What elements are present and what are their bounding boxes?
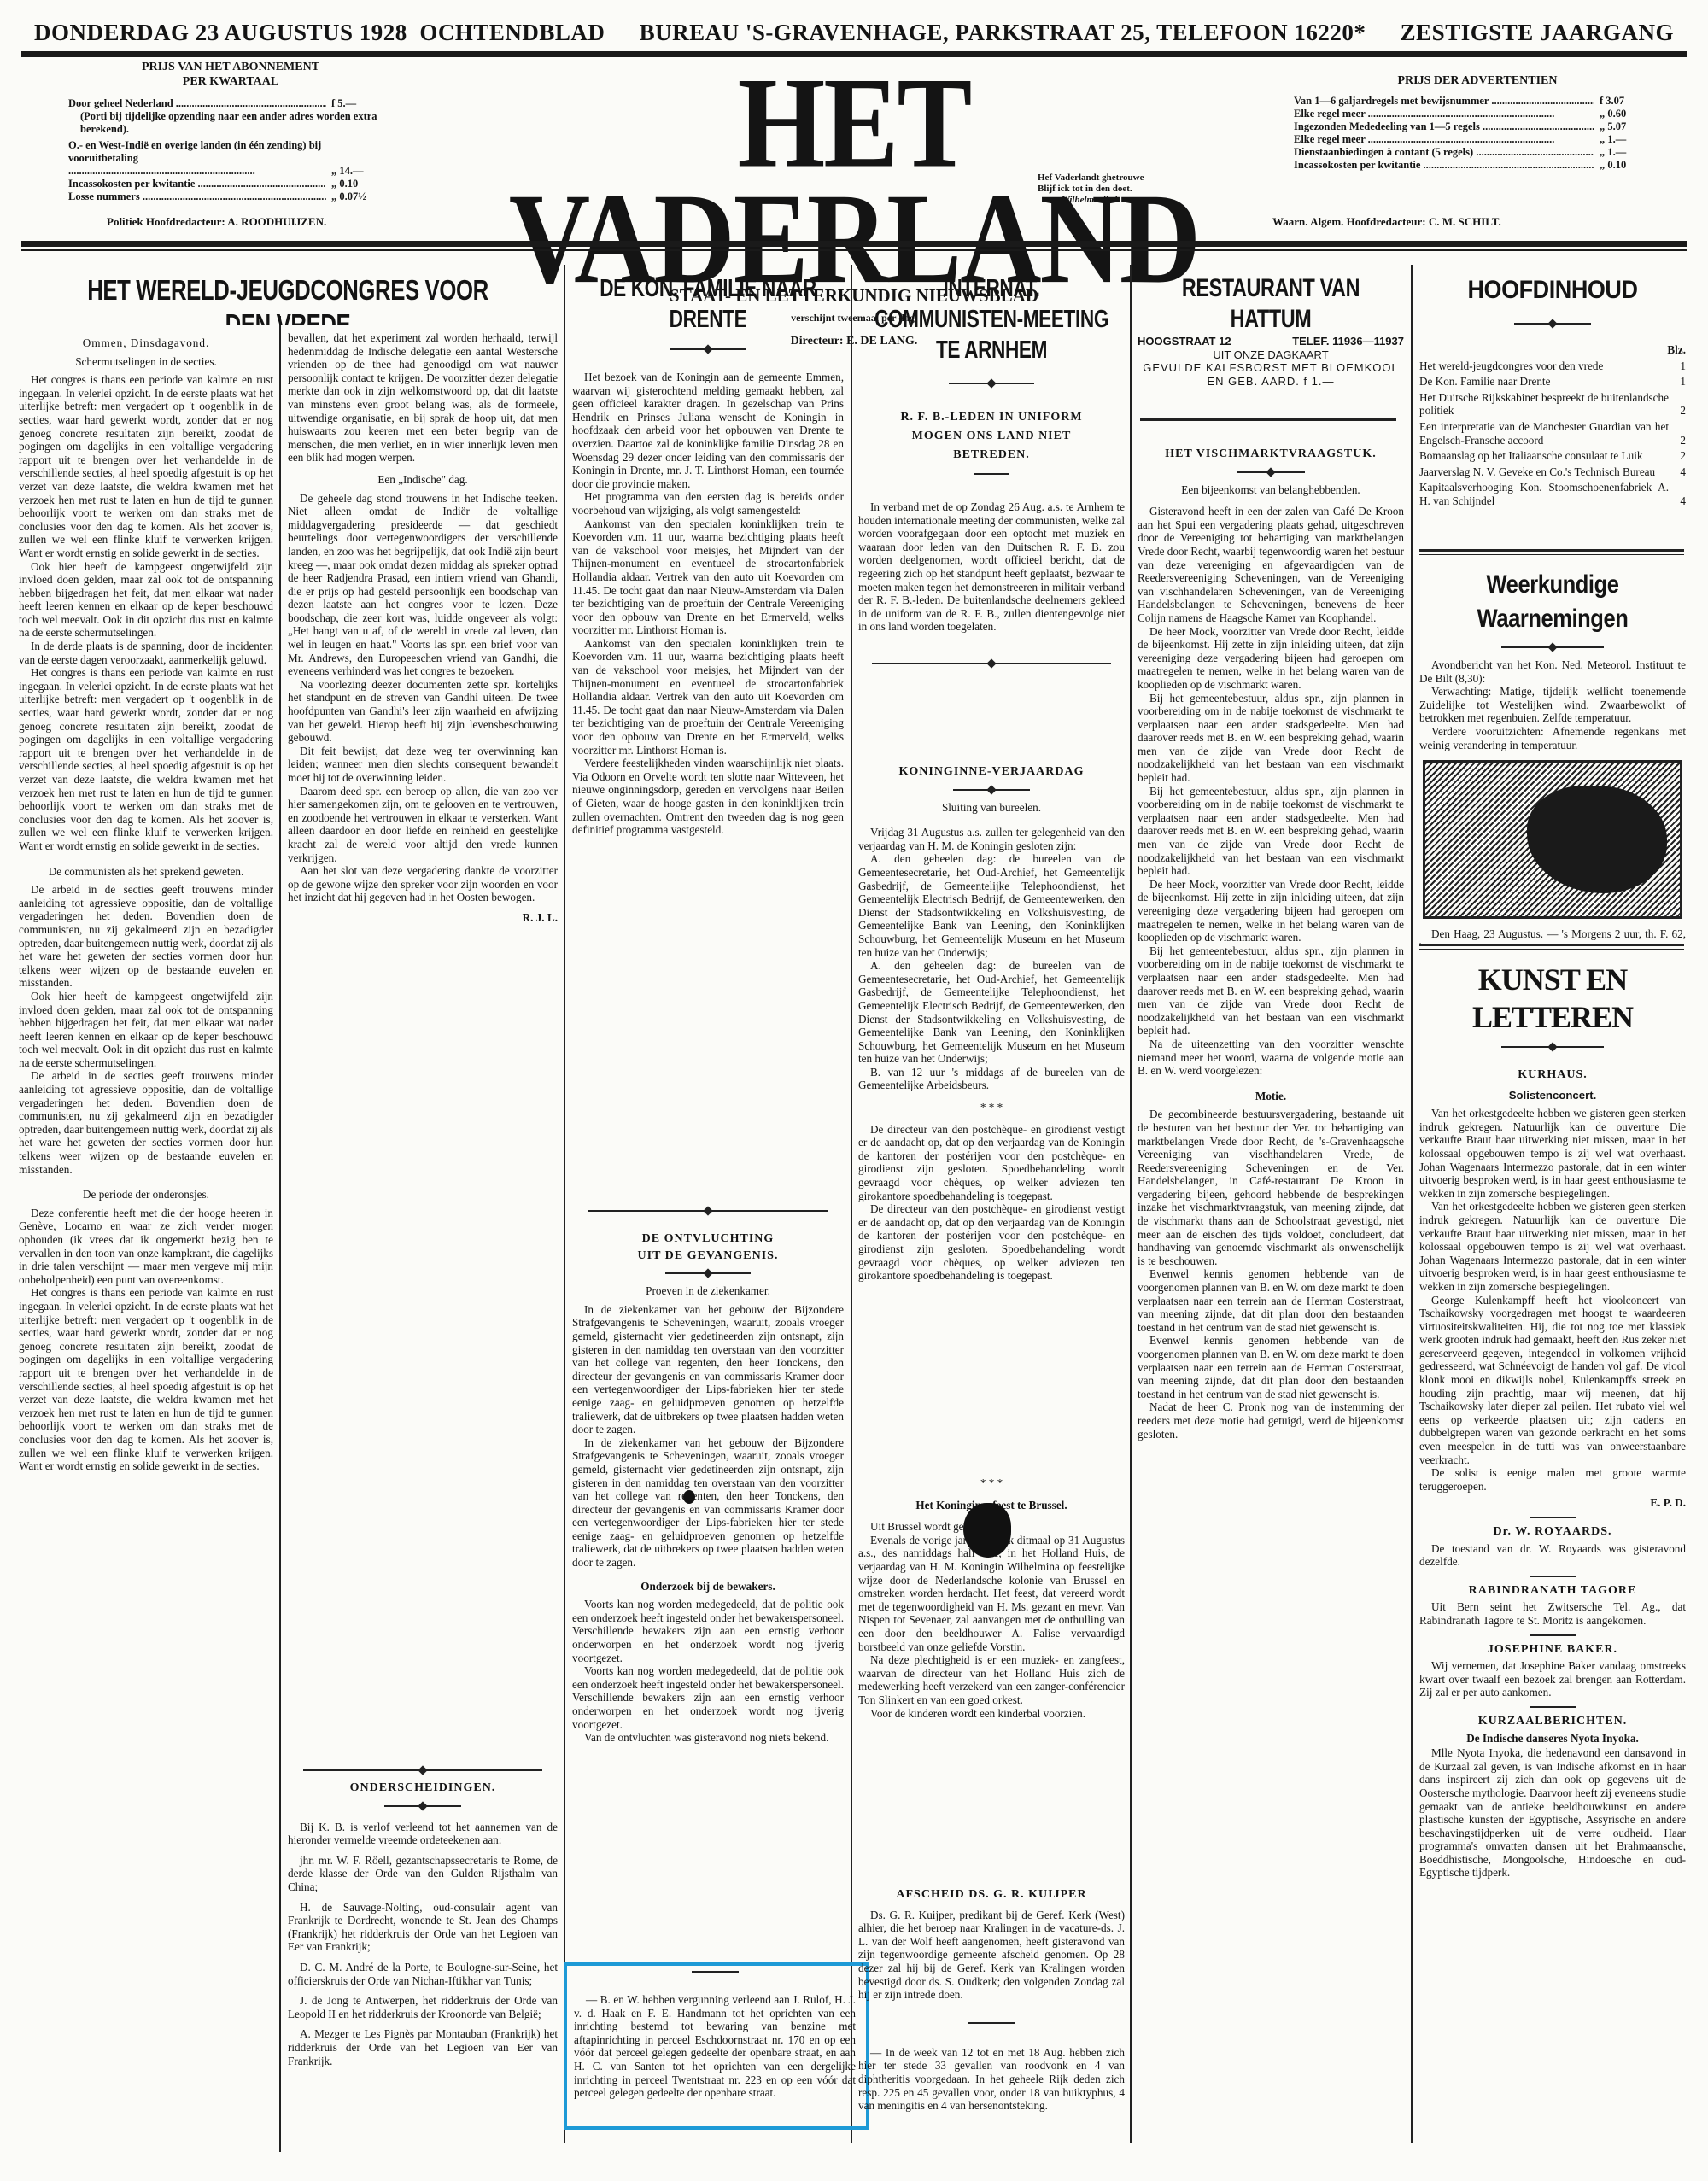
- paragraph: De arbeid in de secties geeft trouwens m…: [19, 883, 273, 990]
- political-editor: Politiek Hoofdredacteur: A. ROODHUIJZEN.: [107, 215, 326, 229]
- toc-item[interactable]: De Kon. Familie naar Drente1: [1419, 375, 1686, 389]
- section-rule: [1419, 949, 1684, 950]
- column-divider: [851, 265, 852, 2143]
- paragraph: Ds. G. R. Kuijper, predikant bij de Gere…: [858, 1909, 1125, 2002]
- paragraph: — In de week van 12 tot en met 18 Aug. h…: [858, 2046, 1125, 2113]
- paragraph: Van het orkestgedeelte hebben we gistere…: [1419, 1200, 1686, 1293]
- ad-rule: [1140, 418, 1396, 421]
- paragraph: Evenwel kennis genomen hebbende van de v…: [1138, 1267, 1404, 1334]
- image-caption: Den Haag, 23 Augustus. — 's Morgens 2 uu…: [1419, 927, 1686, 944]
- subheading: De Indische danseres Nyota Inyoka.: [1419, 1732, 1686, 1745]
- paragraph: bevallen, dat het experiment zal worden …: [288, 331, 558, 465]
- ornament-divider: [384, 1802, 461, 1810]
- price-row: Door geheel Nederlandf 5.—: [68, 97, 393, 110]
- headline-baker: JOSEPHINE BAKER.: [1419, 1643, 1686, 1657]
- ornament-divider: [1501, 643, 1604, 652]
- headline-onderscheidingen: ONDERSCHEIDINGEN.: [288, 1781, 558, 1795]
- paragraph: De gecombineerde bestuursvergadering, be…: [1138, 1108, 1404, 1267]
- subheading: R. F. B.-LEDEN IN UNIFORM MOGEN ONS LAND…: [858, 408, 1125, 465]
- headline-kunst: KUNST EN LETTEREN: [1419, 961, 1686, 1036]
- column-divider: [1411, 265, 1413, 2143]
- ornament-divider: [665, 1269, 751, 1278]
- page-column-label: Blz.: [1419, 343, 1686, 357]
- masthead-rule-thin: [21, 249, 1687, 251]
- subheading: Sluiting van bureelen.: [858, 801, 1125, 815]
- section-rule: [1419, 549, 1684, 552]
- ornament-divider: [953, 786, 1030, 794]
- paragraph: A. den geheelen dag: de bureelen van de …: [858, 959, 1125, 1066]
- headline-weather: Weerkundige Waarnemingen: [1419, 568, 1686, 636]
- headline-kuijper: AFSCHEID DS. G. R. KUIJPER: [858, 1888, 1125, 1902]
- paragraph: Na deze plechtigheid is er een muziek- e…: [858, 1653, 1125, 1706]
- paragraph: De geheele dag stond trouwens in het Ind…: [288, 492, 558, 678]
- article-kuijper: AFSCHEID DS. G. R. KUIJPER Ds. G. R. Kui…: [858, 1883, 1125, 2173]
- toc-item[interactable]: Bomaanslag op het Italiaansche consulaat…: [1419, 449, 1686, 463]
- subheading: De periode der onderonsjes.: [19, 1188, 273, 1202]
- article-ontvluchting: DE ONTVLUCHTING UIT DE GEVANGENIS. Proev…: [572, 1200, 844, 1934]
- ornament-divider: [588, 1207, 828, 1215]
- subheading: De communisten als het sprekend geweten.: [19, 865, 273, 879]
- price-row: O.- en West-Indië en overige landen (in …: [68, 139, 393, 178]
- short-rule: [1530, 1634, 1576, 1636]
- author-signature: R. J. L.: [288, 911, 558, 925]
- paragraph: De toestand van dr. W. Royaards was gist…: [1419, 1542, 1686, 1569]
- subheading: Onderzoek bij de bewakers.: [572, 1580, 844, 1593]
- ornament-divider: [949, 379, 1034, 388]
- section-rule: [1419, 554, 1684, 555]
- paragraph: Dit feit bewijst, dat deze weg ter overw…: [288, 745, 558, 785]
- article-vischmarkt: HET VISCHMARKTVRAAGSTUK. Een bijeenkomst…: [1138, 437, 1404, 2162]
- article-kunst: KUNST EN LETTEREN KURHAUS. Solistenconce…: [1419, 961, 1686, 2165]
- paragraph: Bij K. B. is verlof verleend tot het aan…: [288, 1821, 558, 1847]
- paragraph: A. den geheelen dag: de bureelen van de …: [858, 852, 1125, 959]
- paragraph: Verwachting: Matige, tijdelijk wellicht …: [1419, 685, 1686, 725]
- paragraph: Deze conferentie heeft met die der hooge…: [19, 1207, 273, 1287]
- ad-rule: [1140, 424, 1396, 424]
- subscription-heading: PRIJS VAN HET ABONNEMENT: [68, 60, 393, 74]
- paragraph: De heer Mock, voorzitter van Vrede door …: [1138, 625, 1404, 692]
- short-rule: [1530, 1517, 1576, 1518]
- asterisk-divider: * * *: [858, 1101, 1125, 1114]
- advertisement-restaurant: RESTAURANT VAN HATTUM HOOGSTRAAT 12TELEF…: [1138, 273, 1404, 393]
- headline-arnhem: INTERNAT. COMMUNISTEN-MEETING TE ARNHEM: [868, 273, 1115, 365]
- list-item: jhr. mr. W. F. Röell, gezantschapssecret…: [288, 1854, 558, 1894]
- toc-item[interactable]: Jaarverslag N. V. Geveke en Co.'s Techni…: [1419, 465, 1686, 479]
- toc-item[interactable]: Het wereld-jeugdcongres voor den vrede1: [1419, 360, 1686, 373]
- headline-ontvluchting-2: UIT DE GEVANGENIS.: [572, 1249, 844, 1263]
- paragraph: Avondbericht van het Kon. Ned. Meteorol.…: [1419, 658, 1686, 685]
- paragraph: Aankomst van den specialen koninklijken …: [572, 517, 844, 637]
- subscription-subheading: PER KWARTAAL: [68, 74, 393, 89]
- article-onderscheidingen: ONDERSCHEIDINGEN. Bij K. B. is verlof ve…: [288, 1759, 558, 2161]
- headline-ontvluchting: DE ONTVLUCHTING: [572, 1232, 844, 1246]
- article-verjaardag: KONINGINNE-VERJAARDAG Sluiting van buree…: [858, 751, 1125, 1435]
- paragraph: Uit Bern seint het Zwitsersche Tel. Ag.,…: [1419, 1600, 1686, 1627]
- paragraph: De heer Mock, voorzitter van Vrede door …: [1138, 878, 1404, 944]
- paragraph: Het congres is thans een periode van kal…: [19, 1286, 273, 1472]
- headline-drente: DE KON. FAMILIE NAAR DRENTE: [576, 273, 840, 335]
- paragraph: In de ziekenkamer van het gebouw der Bij…: [572, 1436, 844, 1570]
- section-rule: [1419, 944, 1684, 946]
- ornament-divider: [872, 659, 1111, 668]
- price-row: Elke regel meer„ 1.—: [1294, 133, 1661, 146]
- paragraph: Bij het gemeentebestuur, aldus spr., zij…: [1138, 692, 1404, 785]
- motto: Hef Vaderlandt ghetrouwe Blijf ick tot i…: [1038, 172, 1144, 206]
- issue-date: DONDERDAG 23 AUGUSTUS 1928 OCHTENDBLAD: [34, 20, 605, 46]
- paragraph: De arbeid in de secties geeft trouwens m…: [19, 1069, 273, 1176]
- article-drente: DE KON. FAMILIE NAAR DRENTE Het bezoek v…: [572, 273, 844, 1196]
- headline-hoofdinhoud: HOOFDINHOUD: [1433, 273, 1673, 307]
- column-divider: [564, 265, 565, 2143]
- paragraph: In verband met de op Zondag 26 Aug. a.s.…: [858, 500, 1125, 634]
- headline-kurzaal: KURZAALBERICHTEN.: [1419, 1715, 1686, 1728]
- price-note: (Porti bij tijdelijke opzending naar een…: [68, 110, 393, 136]
- paragraph: Bij het gemeentebestuur, aldus spr., zij…: [1138, 785, 1404, 878]
- subheading: Een bijeenkomst van belanghebbenden.: [1138, 483, 1404, 497]
- menu-label: UIT ONZE DAGKAART: [1138, 348, 1404, 362]
- paragraph: Verdere feestelijkheden vinden waarschij…: [572, 757, 844, 837]
- paragraph: Van de ontvluchten was gisteravond nog n…: [572, 1731, 844, 1745]
- ornament-divider: [303, 1766, 542, 1775]
- short-rule: [1530, 1576, 1576, 1577]
- price-row: Losse nummers„ 0.07½: [68, 190, 393, 203]
- ornament-divider: [670, 345, 746, 354]
- author-signature: E. P. D.: [1419, 1496, 1686, 1510]
- paragraph: Voorts kan nog worden medegedeeld, dat d…: [572, 1598, 844, 1664]
- ornament-divider: [1514, 319, 1591, 328]
- headline-verjaardag: KONINGINNE-VERJAARDAG: [858, 765, 1125, 779]
- list-item: D. C. M. André de la Porte, te Boulogne-…: [288, 1961, 558, 1987]
- paragraph: Aan het slot van deze vergadering dankte…: [288, 864, 558, 904]
- headline-royaards: Dr. W. ROYAARDS.: [1419, 1525, 1686, 1539]
- masthead-rule: [21, 241, 1687, 247]
- list-item: H. de Sauvage-Nolting, oud-consulair age…: [288, 1901, 558, 1954]
- paragraph: De directeur van den postchèque- en giro…: [858, 1202, 1125, 1283]
- dateline-bar: DONDERDAG 23 AUGUSTUS 1928 OCHTENDBLAD B…: [34, 12, 1674, 46]
- paragraph: Het bezoek van de Koningin aan de gemeen…: [572, 371, 844, 490]
- paragraph: Aankomst van den specialen koninklijken …: [572, 637, 844, 757]
- dateline: Ommen, Dinsdagavond.: [19, 336, 273, 350]
- paragraph: Van het orkestgedeelte hebben we gistere…: [1419, 1107, 1686, 1200]
- toc-item[interactable]: Kapitaalsverhooging Kon. Stoomschoenenfa…: [1419, 481, 1686, 507]
- ink-stain: [683, 1490, 695, 1504]
- headline-tagore: RABINDRANATH TAGORE: [1419, 1584, 1686, 1598]
- paragraph: In de derde plaats is de spanning, door …: [19, 640, 273, 666]
- subheading: Motie.: [1138, 1090, 1404, 1103]
- paragraph: Het congres is thans een periode van kal…: [19, 666, 273, 852]
- headline-congres: HET WERELD-JEUGDCONGRES VOOR DEN VREDE: [78, 273, 497, 325]
- table-of-contents: HOOFDINHOUD Blz. Het wereld-jeugdcongres…: [1419, 273, 1686, 529]
- short-rule: [968, 2022, 1015, 2024]
- list-item: J. de Jong te Antwerpen, het ridderkruis…: [288, 1994, 558, 2020]
- list-item: A. Mezger te Les Pignès par Montauban (F…: [288, 2027, 558, 2067]
- paragraph: Vrijdag 31 Augustus a.s. zullen ter gele…: [858, 826, 1125, 852]
- subheading: Solistenconcert.: [1419, 1089, 1686, 1102]
- paragraph: Wij vernemen, dat Josephine Baker vandaa…: [1419, 1659, 1686, 1699]
- article-congres-col1: Ommen, Dinsdagavond. Schermutselingen in…: [19, 331, 273, 2176]
- restaurant-contact: HOOGSTRAAT 12TELEF. 11936—11937: [1138, 335, 1404, 348]
- paragraph: Ook hier heeft de kampgeest ongetwijfeld…: [19, 990, 273, 1070]
- paragraph: De solist is eenige malen met groote war…: [1419, 1466, 1686, 1493]
- paragraph: Mlle Nyota Inyoka, die hedenavond een da…: [1419, 1746, 1686, 1880]
- toc-item[interactable]: Een interpretatie van de Manchester Guar…: [1419, 420, 1686, 447]
- paragraph: Bij het gemeentebestuur, aldus spr., zij…: [1138, 944, 1404, 1038]
- acting-editor: Waarn. Algem. Hoofdredacteur: C. M. SCHI…: [1272, 215, 1501, 229]
- toc-item[interactable]: Het Duitsche Rijkskabinet bespreekt de b…: [1419, 391, 1686, 418]
- column-divider: [279, 316, 281, 2152]
- price-row: Ingezonden Mededeeling van 1—5 regels„ 5…: [1294, 120, 1661, 133]
- short-rule: [974, 473, 1009, 475]
- price-row: Van 1—6 galjardregels met bewijsnummerf …: [1294, 95, 1661, 108]
- price-row: Dienstaanbiedingen à contant (5 regels)„…: [1294, 146, 1661, 159]
- bureau-address: BUREAU 'S-GRAVENHAGE, PARKSTRAAT 25, TEL…: [640, 20, 1366, 46]
- column-divider: [1130, 265, 1132, 2143]
- ornament-divider: [1501, 1043, 1604, 1051]
- article-arnhem: INTERNAT. COMMUNISTEN-MEETING TE ARNHEM …: [858, 273, 1125, 751]
- asterisk-divider: * * *: [858, 1476, 1125, 1490]
- menu-dish: GEVULDE KALFSBORST MET BLOEMKOOL EN GEB.…: [1138, 361, 1404, 388]
- paragraph: Verdere vooruitzichten: Afnemende regenk…: [1419, 725, 1686, 751]
- paragraph: Daarom deed spr. een beroep op allen, di…: [288, 785, 558, 865]
- advertising-prices: PRIJS DER ADVERTENTIEN Van 1—6 galjardre…: [1294, 73, 1661, 172]
- paragraph: Ook hier heeft de kampgeest ongetwijfeld…: [19, 560, 273, 640]
- paragraph: B. van 12 uur 's middags af de bureelen …: [858, 1066, 1125, 1092]
- price-row: Incassokosten per kwitantie„ 0.10: [68, 178, 393, 190]
- subheading: Schermutselingen in de secties.: [19, 355, 273, 369]
- paragraph: Voorts kan nog worden medegedeeld, dat d…: [572, 1664, 844, 1731]
- headline-vischmarkt: HET VISCHMARKTVRAAGSTUK.: [1138, 447, 1404, 461]
- price-row: Incassokosten per kwitantie„ 0.10: [1294, 159, 1661, 172]
- paragraph: Evenwel kennis genomen hebbende van de v…: [1138, 1334, 1404, 1400]
- paragraph: Voor de kinderen wordt een kinderbal voo…: [858, 1707, 1125, 1721]
- subheading: KURHAUS.: [1419, 1068, 1686, 1082]
- article-weather: Weerkundige Waarnemingen Avondbericht va…: [1419, 568, 1686, 944]
- ornament-divider: [1237, 468, 1305, 477]
- highlight-box[interactable]: [564, 1962, 869, 2130]
- volume-label: ZESTIGSTE JAARGANG: [1401, 20, 1674, 46]
- subheading: Proeven in de ziekenkamer.: [572, 1284, 844, 1298]
- paragraph: In de ziekenkamer van het gebouw der Bij…: [572, 1303, 844, 1436]
- ink-stain: [963, 1503, 1011, 1558]
- paragraph: Nadat de heer C. Pronk nog van de instem…: [1138, 1400, 1404, 1441]
- article-congres-header: HET WERELD-JEUGDCONGRES VOOR DEN VREDE: [19, 273, 557, 325]
- advertising-heading: PRIJS DER ADVERTENTIEN: [1294, 73, 1661, 88]
- restaurant-name: RESTAURANT VAN HATTUM: [1147, 273, 1395, 335]
- article-congres-col2: bevallen, dat het experiment zal worden …: [288, 331, 558, 1757]
- weather-map-illustration: [1423, 760, 1682, 919]
- paragraph: Het congres is thans een periode van kal…: [19, 373, 273, 559]
- paragraph: Na voorlezing deezer documenten zette sp…: [288, 678, 558, 745]
- paragraph: De directeur van den postchèque- en giro…: [858, 1123, 1125, 1203]
- paragraph: Na de uiteenzetting van den voorzitter w…: [1138, 1038, 1404, 1078]
- subheading: Een „Indische" dag.: [288, 473, 558, 487]
- short-rule: [1530, 1706, 1576, 1708]
- paragraph: Gisteravond heeft in een der zalen van C…: [1138, 505, 1404, 624]
- paragraph: Het programma van den eersten dag is ber…: [572, 490, 844, 517]
- subscription-prices: PRIJS VAN HET ABONNEMENT PER KWARTAAL Do…: [68, 60, 393, 203]
- price-row: Elke regel meer„ 0.60: [1294, 108, 1661, 120]
- paragraph: George Kulenkampff heeft het vioolconcer…: [1419, 1294, 1686, 1467]
